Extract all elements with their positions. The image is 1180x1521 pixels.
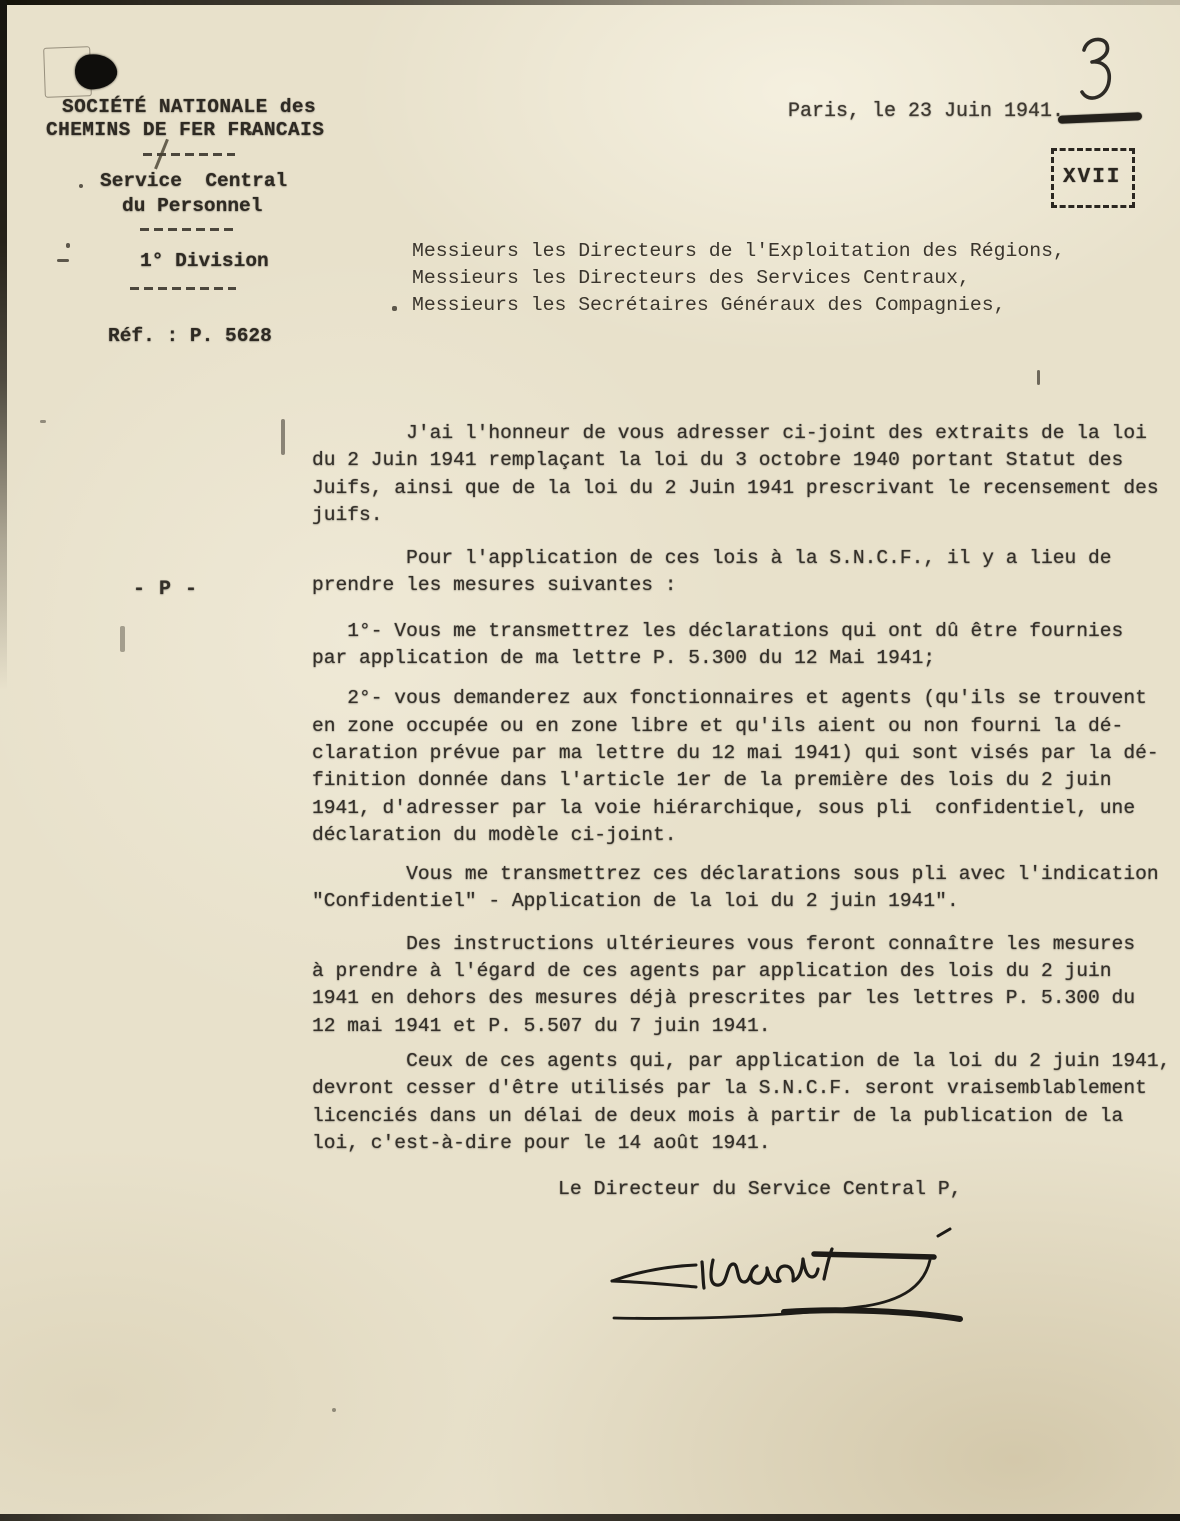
ink-blot [73,52,118,91]
recipient-line: Messieurs les Secrétaires Généraux des C… [412,292,1065,319]
paragraph-application: Pour l'application de ces lois à la S.N.… [312,545,1170,600]
ink-speck [40,420,46,423]
service-line1: Service Central [100,170,287,192]
letterhead-divider-3 [130,287,236,290]
handwritten-page-number [1074,34,1120,108]
division-line: 1° Division [140,250,269,272]
paragraph-instructions: Des instructions ultérieures vous feront… [312,931,1170,1040]
ink-speck [66,243,70,248]
paragraph-item-2: 2°- vous demanderez aux fonctionnaires e… [312,685,1170,849]
ink-speck [332,1408,336,1412]
ink-speck [392,306,397,311]
letterhead-divider-2 [140,228,236,231]
paragraph-intro: J'ai l'honneur de vous adresser ci-joint… [312,420,1170,529]
paragraph-dismissal: Ceux de ces agents qui, par application … [312,1048,1170,1157]
recipient-block: Messieurs les Directeurs de l'Exploitati… [412,238,1065,320]
letter-body: J'ai l'honneur de vous adresser ci-joint… [312,420,1170,1157]
ink-speck [1037,370,1040,385]
margin-note: - P - [133,578,198,601]
reference-number: Réf. : P. 5628 [108,325,272,347]
recipient-line: Messieurs les Directeurs des Services Ce… [412,265,1065,292]
service-line2: du Personnel [122,195,262,217]
date-underline-stroke [1058,112,1142,124]
letterhead-divider-1 [143,153,235,156]
ink-speck [120,626,125,652]
ink-speck [79,184,83,188]
signature-scrawl [598,1224,978,1329]
ink-speck [247,131,252,135]
paragraph-item-1: 1°- Vous me transmettrez les déclaration… [312,618,1170,673]
closing-line: Le Directeur du Service Central P, [558,1178,962,1200]
scan-edge-left [0,0,7,690]
paragraph-transmission: Vous me transmettrez ces déclarations so… [312,861,1170,916]
scan-edge-bottom [0,1514,1180,1521]
company-name-line2: CHEMINS DE FER FRANCAIS [46,119,324,141]
ink-speck [281,419,285,455]
scan-edge-top [0,0,1180,5]
company-name-line1: SOCIÉTÉ NATIONALE des [62,96,316,118]
classification-stamp: XVII [1051,148,1135,208]
recipient-line: Messieurs les Directeurs de l'Exploitati… [412,238,1065,265]
dateline: Paris, le 23 Juin 1941. [788,100,1064,123]
ink-speck [57,259,69,262]
scanned-letter: SOCIÉTÉ NATIONALE des CHEMINS DE FER FRA… [0,0,1180,1521]
